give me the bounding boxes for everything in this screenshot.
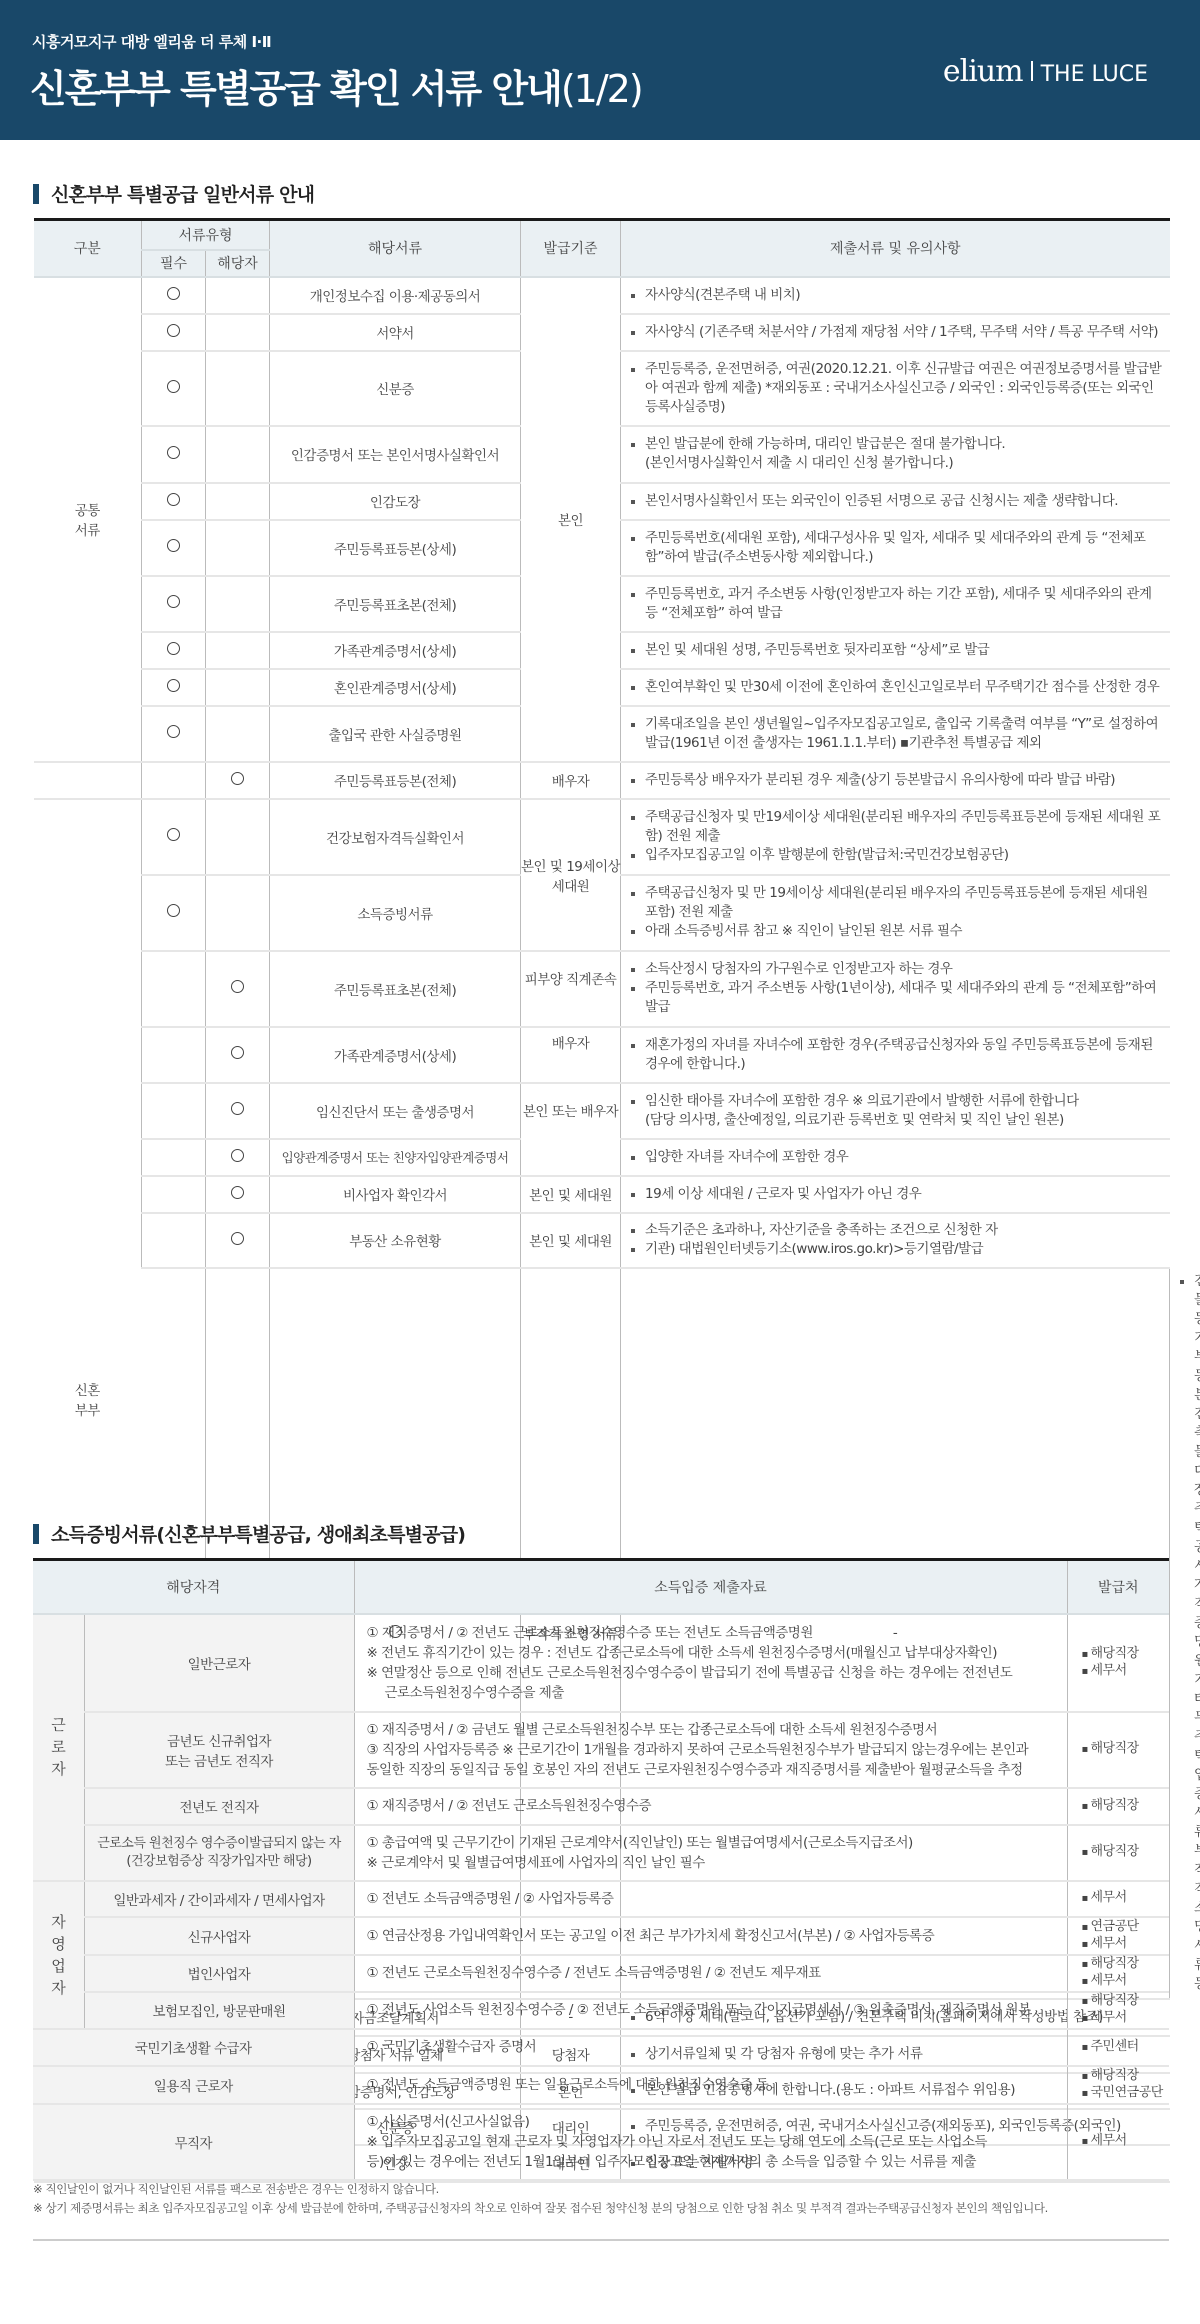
circle-icon (231, 772, 244, 785)
issuance-basis: 배우자 (521, 762, 621, 799)
col-issuer: 발급처 (1067, 1560, 1169, 1614)
issuer-item: 연금공단 (1082, 1919, 1170, 1936)
document-name: 소득증빙서류 (270, 875, 521, 951)
doc-line: ① 전년도 사업소득 원천징수영수증 / ② 전년도 소득금액증명원 또는 간이… (367, 2000, 1055, 2020)
col-category: 구분 (34, 220, 142, 277)
brand-elium: elium (943, 54, 1023, 89)
note-item: 주민등록상 배우자가 분리된 경우 제출(상기 등본발급시 유의사항에 따라 발… (629, 771, 1162, 790)
project-subtitle: 시흥거모지구 대방 엘리움 더 루체 Ⅰ·Ⅱ (32, 31, 271, 52)
document-name: 부동산 소유현황 (270, 1213, 521, 1268)
note-item: 소득산정시 당첨자의 가구원수로 인정받고자 하는 경우 (629, 960, 1162, 979)
circle-icon (167, 287, 180, 300)
doc-line: ① 재직증명서 / ② 전년도 근로소득원천징수영수증 (367, 1796, 1055, 1816)
document-name: 개인정보수집 이용·제공동의서 (270, 277, 521, 314)
note-item: 주민등록번호, 과거 주소변동 사항(인정받고자 하는 기간 포함), 세대주 … (629, 585, 1162, 623)
group-worker: 근 로 자 (33, 1614, 84, 1881)
document-name: 인감도장 (270, 483, 521, 520)
qualification: 일용직 근로자 (33, 2066, 354, 2104)
issuer-item: 주민센터 (1082, 2039, 1170, 2056)
note-item: 본인서명사실확인서 또는 외국인이 인증된 서명으로 공급 신청시는 제출 생략… (629, 492, 1162, 511)
issuance-basis: 본인 및 19세이상 세대원 (521, 799, 621, 951)
document-name: 혼인관계증명서(상세) (270, 669, 521, 706)
group-self-employed: 자 영 업 자 (33, 1881, 84, 2029)
circle-icon (231, 1186, 244, 1199)
issuance-basis: 본인 (521, 277, 621, 762)
document-name: 신분증 (270, 351, 521, 426)
note-item: 19세 이상 세대원 / 근로자 및 사업자가 아닌 경우 (629, 1185, 1162, 1204)
circle-icon (167, 595, 180, 608)
issuer-item: 해당직장 (1082, 1798, 1170, 1815)
section-marker-icon (33, 1524, 39, 1544)
note-item: 임신한 태아를 자녀수에 포함한 경우 ※ 의료기관에서 발행한 서류에 한합니… (629, 1092, 1162, 1130)
document-name: 주민등록표초본(전체) (270, 576, 521, 632)
document-name: 건강보험자격득실확인서 (270, 799, 521, 875)
col-required: 필수 (142, 250, 206, 277)
note-item: 본인 및 세대원 성명, 주민등록번호 뒷자리포함 “상세”로 발급 (629, 641, 1162, 660)
circle-icon (167, 539, 180, 552)
bottom-divider (33, 2239, 1169, 2241)
issuer-item: 세무서 (1082, 1973, 1170, 1990)
footnote: ※ 상기 제증명서류는 최초 입주자모집공고일 이후 상세 발급분에 한하며, … (33, 2199, 1048, 2218)
circle-icon (167, 679, 180, 692)
circle-icon (167, 642, 180, 655)
document-name: 입양관계증명서 또는 친양자입양관계증명서 (270, 1139, 521, 1176)
circle-icon (167, 493, 180, 506)
document-name: 서약서 (270, 314, 521, 351)
doc-line: ③ 직장의 사업자등록증 ※ 근로기간이 1개월을 경과하지 못하여 근로소득원… (367, 1740, 1055, 1760)
document-name: 주민등록표초본(전체) (270, 951, 521, 1027)
note-item: 주민등록번호(세대원 포함), 세대구성사유 및 일자, 세대주 및 세대주와의… (629, 529, 1162, 567)
col-notes: 제출서류 및 유의사항 (621, 220, 1170, 277)
doc-line: ※ 입주자모집공고일 현재 근로자 및 자영업자가 아닌 자로서 전년도 또는 … (367, 2132, 1055, 2152)
circle-icon (231, 980, 244, 993)
circle-icon (231, 1046, 244, 1059)
note-item: 주민등록증, 운전면허증, 여권(2020.12.21. 이후 신규발급 여권은… (629, 360, 1162, 417)
doc-line: ① 전년도 근로소득원천징수영수증 / 전년도 소득금액증명원 / ② 전년도 … (367, 1963, 1055, 1983)
issuer-item: 세무서 (1082, 1663, 1170, 1680)
note-item: 자사양식(견본주택 내 비치) (629, 286, 1162, 305)
col-issuance: 발급기준 (521, 220, 621, 277)
document-name: 주민등록표등본(전체) (270, 762, 521, 799)
circle-icon (167, 446, 180, 459)
document-name: 가족관계증명서(상세) (270, 1027, 521, 1083)
issuer-item: 국민연금공단 (1082, 2085, 1170, 2102)
issuance-basis: 본인 및 세대원 (521, 1213, 621, 1268)
col-qualification: 해당자격 (33, 1560, 354, 1614)
doc-line: ① 총급여액 및 근무기간이 기재된 근로계약서(직인날인) 또는 월별급여명세… (367, 1833, 1055, 1853)
qualification: 무직자 (33, 2104, 354, 2180)
footnotes: ※ 직인날인이 없거나 직인날인된 서류를 팩스로 전송받은 경우는 인정하지 … (33, 2180, 1048, 2218)
circle-icon (167, 828, 180, 841)
doc-line: ① 사실증명서(신고사실없음) (367, 2112, 1055, 2132)
doc-line: ① 국민기초생활수급자 증명서 (367, 2037, 1055, 2057)
col-income-documents: 소득입증 제출자료 (354, 1560, 1067, 1614)
qualification: 금년도 신규취업자 또는 금년도 전직자 (84, 1712, 354, 1788)
note-item: 기관) 대법원인터넷등기소(www.iros.go.kr)>등기열람/발급 (629, 1240, 1162, 1259)
qualification: 전년도 전직자 (84, 1788, 354, 1825)
doc-line: ① 전년도 소득금액증명원 / ② 사업자등록증 (367, 1889, 1055, 1909)
note-item: 주택공급신청자 및 만 19세이상 세대원(분리된 배우자의 주민등록표등본에 … (629, 884, 1162, 922)
document-name: 출입국 관한 사실증명원 (270, 706, 521, 762)
circle-icon (167, 324, 180, 337)
issuer-item: 해당직장 (1082, 1956, 1170, 1973)
doc-line: ※ 근로계약서 및 월별급여명세표에 사업자의 직인 날인 필수 (367, 1853, 1055, 1873)
doc-line: ※ 연말정산 등으로 인해 전년도 근로소득원천징수영수증이 발급되기 전에 특… (367, 1663, 1055, 1683)
doc-line: 등)이 있는 경우에는 전년도 1월1일부터 입주자모집공고일 현재까지의 총 … (367, 2152, 1055, 2172)
doc-line: 근로소득원천징수영수증을 제출 (367, 1683, 1055, 1703)
circle-icon (167, 380, 180, 393)
issuance-basis: 본인 및 세대원 (521, 1176, 621, 1213)
required-mark (142, 277, 206, 314)
issuer-item: 세무서 (1082, 1936, 1170, 1953)
document-name: 임신진단서 또는 출생증명서 (270, 1083, 521, 1139)
circle-icon (167, 904, 180, 917)
brand-divider (1031, 61, 1033, 81)
doc-line: ① 재직증명서 / ② 금년도 월별 근로소득원천징수부 또는 갑종근로소득에 … (367, 1720, 1055, 1740)
footnote: ※ 직인날인이 없거나 직인날인된 서류를 팩스로 전송받은 경우는 인정하지 … (33, 2180, 1048, 2199)
section-marker-icon (33, 184, 39, 204)
section-title-text: 소득증빙서류(신혼부부특별공급, 생애최초특별공급) (51, 1520, 465, 1547)
section-title-income: 소득증빙서류(신혼부부특별공급, 생애최초특별공급) (33, 1520, 465, 1547)
issuer-item: 세무서 (1082, 2133, 1170, 2150)
issuance-basis: 배우자 (521, 1027, 621, 1083)
issuance-basis: 본인 또는 배우자 (521, 1083, 621, 1176)
doc-line: 동일한 직장의 동일직급 동일 호봉인 자의 전년도 근로자원천징수영수증과 재… (367, 1760, 1055, 1780)
issuer-item: 해당직장 (1082, 1741, 1170, 1758)
section-title-text: 신혼부부 특별공급 일반서류 안내 (51, 180, 314, 207)
note-item: 소득기준은 초과하나, 자산기준을 충족하는 조건으로 신청한 자 (629, 1221, 1162, 1240)
brand-logo: elium THE LUCE (943, 54, 1148, 89)
doc-line: ① 전년도 소득금액증명원 또는 일용근로소득에 대한 원천징수영수증 등 (367, 2075, 1055, 2095)
note-item: 입양한 자녀를 자녀수에 포함한 경우 (629, 1148, 1162, 1167)
page-number: (1/2) (561, 67, 642, 111)
qualification: 일반과세자 / 간이과세자 / 면세사업자 (84, 1881, 354, 1917)
page-title-text: 신혼부부 특별공급 확인 서류 안내 (30, 67, 561, 111)
issuer-item: 해당직장 (1082, 1646, 1170, 1663)
col-applicable: 해당자 (206, 250, 270, 277)
note-item: 입주자모집공고일 이후 발행분에 한함(발급처:국민건강보험공단) (629, 846, 1162, 865)
section-title-general: 신혼부부 특별공급 일반서류 안내 (33, 180, 314, 207)
income-documents-table: 해당자격 소득입증 제출자료 발급처 근 로 자 일반근로자 ① 재직증명서 /… (33, 1558, 1169, 2181)
note-item: 혼인여부확인 및 만30세 이전에 혼인하여 혼인신고일로부터 무주택기간 점수… (629, 678, 1162, 697)
circle-icon (231, 1232, 244, 1245)
issuer-item: 해당직장 (1082, 1993, 1170, 2010)
col-document: 해당서류 (270, 220, 521, 277)
document-name: 가족관계증명서(상세) (270, 632, 521, 669)
issuance-basis: 피부양 직계존속 (521, 951, 621, 1027)
circle-icon (231, 1149, 244, 1162)
issuer-item: 해당직장 (1082, 1844, 1170, 1861)
circle-icon (231, 1102, 244, 1115)
qualification: 국민기초생활 수급자 (33, 2029, 354, 2066)
page-title: 신혼부부 특별공급 확인 서류 안내(1/2) (30, 58, 642, 113)
qualification: 보험모집인, 방문판매원 (84, 1992, 354, 2029)
document-name: 주민등록표등본(상세) (270, 520, 521, 576)
issuer-item: 해당직장 (1082, 2068, 1170, 2085)
note-item: 자사양식 (기존주택 처분서약 / 가점제 재당첨 서약 / 1주택, 무주택 … (629, 323, 1162, 342)
qualification: 법인사업자 (84, 1955, 354, 1992)
note-item: 주민등록번호, 과거 주소변동 사항(1년이상), 세대주 및 세대주와의 관계… (629, 979, 1162, 1017)
group-common: 공통 서류 (34, 277, 142, 762)
circle-icon (167, 725, 180, 738)
doc-line: ※ 전년도 휴직기간이 있는 경우 : 전년도 갑종근로소득에 대한 소득세 원… (367, 1643, 1055, 1663)
document-name: 비사업자 확인각서 (270, 1176, 521, 1213)
qualification: 일반근로자 (84, 1614, 354, 1712)
doc-line: ① 연금산정용 가입내역확인서 또는 공고일 이전 최근 부가가치세 확정신고서… (367, 1926, 1055, 1946)
issuer-item: 세무서 (1082, 1890, 1170, 1907)
note-item: 기록대조일을 본인 생년월일~입주자모집공고일로, 출입국 기록출력 여부를 “… (629, 715, 1162, 753)
note-item: 재혼가정의 자녀를 자녀수에 포함한 경우(주택공급신청자와 동일 주민등록표등… (629, 1036, 1162, 1074)
header-banner: 시흥거모지구 대방 엘리움 더 루체 Ⅰ·Ⅱ 신혼부부 특별공급 확인 서류 안… (0, 0, 1200, 140)
issuer-item: 세무서 (1082, 2010, 1170, 2027)
qualification: 근로소득 원천징수 영수증이발급되지 않는 자 (건강보험증상 직장가입자만 해… (84, 1825, 354, 1881)
doc-line: ① 재직증명서 / ② 전년도 근로소득원천징수영수증 또는 전년도 소득금액증… (367, 1623, 1055, 1643)
brand-the-luce: THE LUCE (1041, 62, 1148, 87)
note-item: 아래 소득증빙서류 참고 ※ 직인이 날인된 원본 서류 필수 (629, 922, 1162, 941)
note-item: 본인 발급분에 한해 가능하며, 대리인 발급분은 절대 불가합니다. (본인서… (629, 435, 1162, 473)
col-doc-type: 서류유형 (142, 220, 270, 250)
note-item: 주택공급신청자 및 만19세이상 세대원(분리된 배우자의 주민등록표등본에 등… (629, 808, 1162, 846)
qualification: 신규사업자 (84, 1917, 354, 1955)
note-item: 건물등기부등본/건축물대장/주택공시가격증명원/기타무주택 입증서류/부적격소명… (1178, 1272, 1194, 1994)
document-name: 인감증명서 또는 본인서명사실확인서 (270, 426, 521, 483)
